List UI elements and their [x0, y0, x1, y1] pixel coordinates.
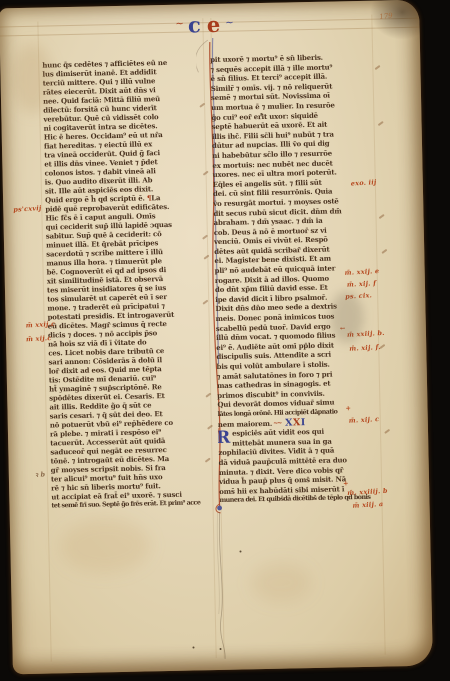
margin-note: exo. iij	[351, 179, 377, 187]
stain	[251, 562, 312, 603]
margin-note: ps. cix.	[345, 292, 372, 300]
ink-speck	[239, 551, 241, 553]
chapter-initial-r: R	[216, 428, 233, 454]
stain	[60, 517, 151, 574]
margin-note: ps'cxvij	[13, 205, 42, 214]
text-line: tet semē frī suo. Septē g̃o frēs erāt. E…	[51, 498, 211, 510]
text-segment: lātes longā orōnē. Hii accipiēt dāpnatio	[218, 407, 338, 418]
ink-tick	[379, 214, 385, 219]
ink-tick	[381, 249, 387, 254]
margin-note: ꝛ b	[35, 471, 46, 479]
ink-tick	[378, 121, 384, 126]
header-flourish-right-icon: ~	[225, 18, 234, 29]
margin-note: +	[343, 480, 349, 487]
rubric-segment: X	[293, 417, 301, 428]
margin-note: m̄ xxiij. b.	[347, 330, 385, 339]
ink-tick	[384, 429, 390, 434]
ink-speck	[220, 648, 222, 650]
header-flourish-left-icon: ~	[175, 19, 183, 30]
photo-corner-shadow	[367, 0, 433, 43]
rubric-segment: I	[301, 417, 306, 428]
ink-speck	[260, 113, 262, 115]
folio-number: 179	[379, 12, 393, 21]
ink-tick	[375, 65, 381, 70]
text-column-left: hunc q̄s cedētes ⁊ afficiētes eū nelus d…	[42, 57, 211, 515]
margin-note: m̄ xij.c	[26, 335, 52, 343]
text-segment: tet semē frī suo. Septē g̃o frēs erāt. E…	[51, 498, 200, 509]
text-segment: La	[151, 193, 160, 202]
parchment-leaf: ~ c e ~ 179 hunc q̄s cedētes ⁊ afficiēte…	[0, 0, 433, 674]
manuscript-photo: ~ c e ~ 179 hunc q̄s cedētes ⁊ afficiēte…	[0, 0, 450, 681]
margin-note: +	[345, 405, 351, 412]
ink-speck	[192, 647, 194, 649]
margin-note: ←	[340, 325, 346, 332]
rubric-segment: X	[281, 417, 293, 428]
